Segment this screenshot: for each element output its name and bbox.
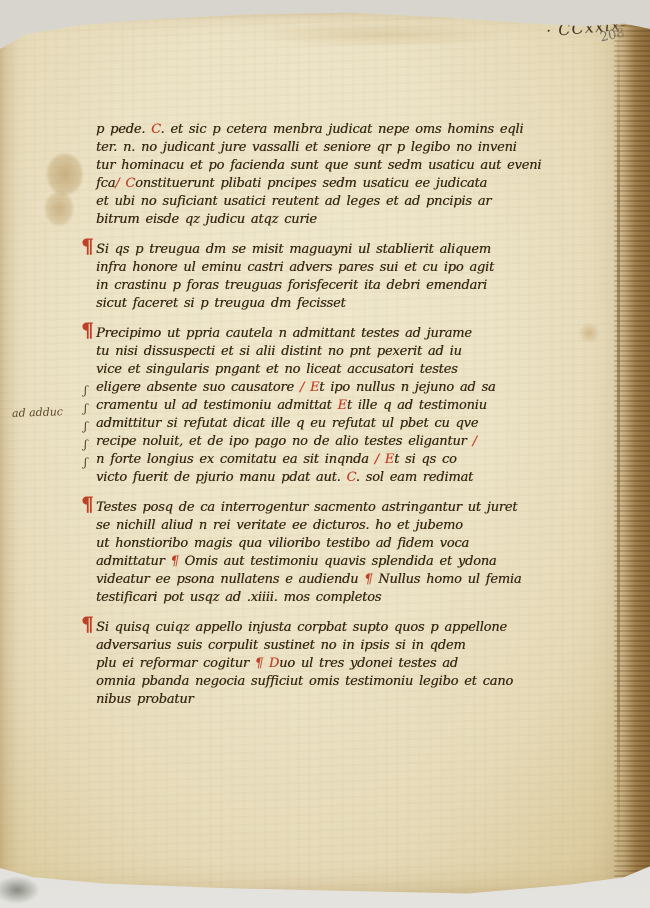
manuscript-page: · CCxxix- 208 ad adduc ʃʃʃʃʃ p pede. C. … (0, 0, 650, 908)
page-edge-vignette (0, 0, 650, 908)
parchment-surface: · CCxxix- 208 ad adduc ʃʃʃʃʃ p pede. C. … (0, 0, 650, 908)
bottom-left-shadow-patch (0, 876, 40, 904)
manuscript-photo: · CCxxix- 208 ad adduc ʃʃʃʃʃ p pede. C. … (0, 0, 650, 908)
